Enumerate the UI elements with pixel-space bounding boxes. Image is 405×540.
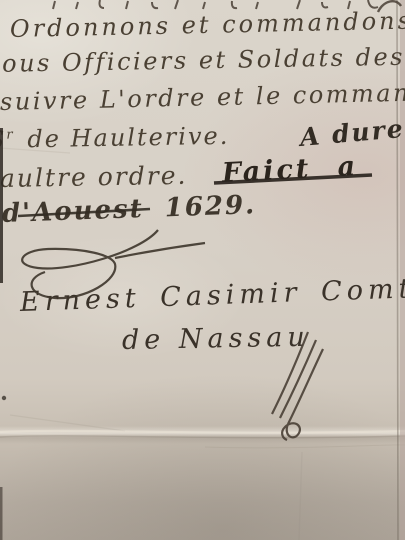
- manuscript-photo: Ordonnons et commandons tous Officiers e…: [0, 0, 405, 540]
- line-4-superscript: r: [6, 128, 14, 143]
- top-partial-line: [53, 0, 401, 12]
- ink-speck: [2, 396, 6, 400]
- handwriting-line-4: Sr de Haulterive.: [0, 122, 230, 154]
- handwriting-line-3: suivre L'ordre et le comman,: [0, 78, 405, 116]
- paper-edge-right: [397, 0, 398, 540]
- handwriting-line-2: tous Officiers et Soldats desdte: [0, 42, 405, 78]
- signature-paraph: [272, 332, 323, 440]
- paper-creases: [0, 0, 405, 540]
- handwriting-line-5: aultre ordre.: [0, 161, 188, 193]
- ink-flourishes: [0, 0, 405, 540]
- strikethrough-faict: [214, 175, 372, 183]
- date-struck-word: Aouest: [32, 194, 145, 228]
- line-4-text: de Haulterive.: [27, 122, 229, 154]
- struck-text-faict-a: Faict a: [221, 151, 359, 189]
- line-4-initial: S: [0, 126, 7, 154]
- date-line: d'Aouest 1629.: [1, 190, 256, 229]
- line-2-text: tous Officiers et Soldats desd: [0, 42, 405, 78]
- strikethrough-aouest: [18, 209, 150, 216]
- date-year: 1629.: [164, 190, 256, 223]
- date-prefix: d': [1, 198, 32, 229]
- date-flourish: [22, 230, 205, 298]
- annotation-a-durer: A durer: [299, 113, 405, 152]
- handwriting-line-1: Ordonnons et commandons: [10, 7, 405, 43]
- signature-name: Ernest Casimir Comte: [19, 273, 405, 318]
- paper-edge-left: [0, 128, 6, 540]
- handwriting-layer: Ordonnons et commandons tous Officiers e…: [0, 0, 405, 540]
- signature-title: de Nassau: [122, 322, 310, 356]
- fold-crease: [0, 426, 405, 444]
